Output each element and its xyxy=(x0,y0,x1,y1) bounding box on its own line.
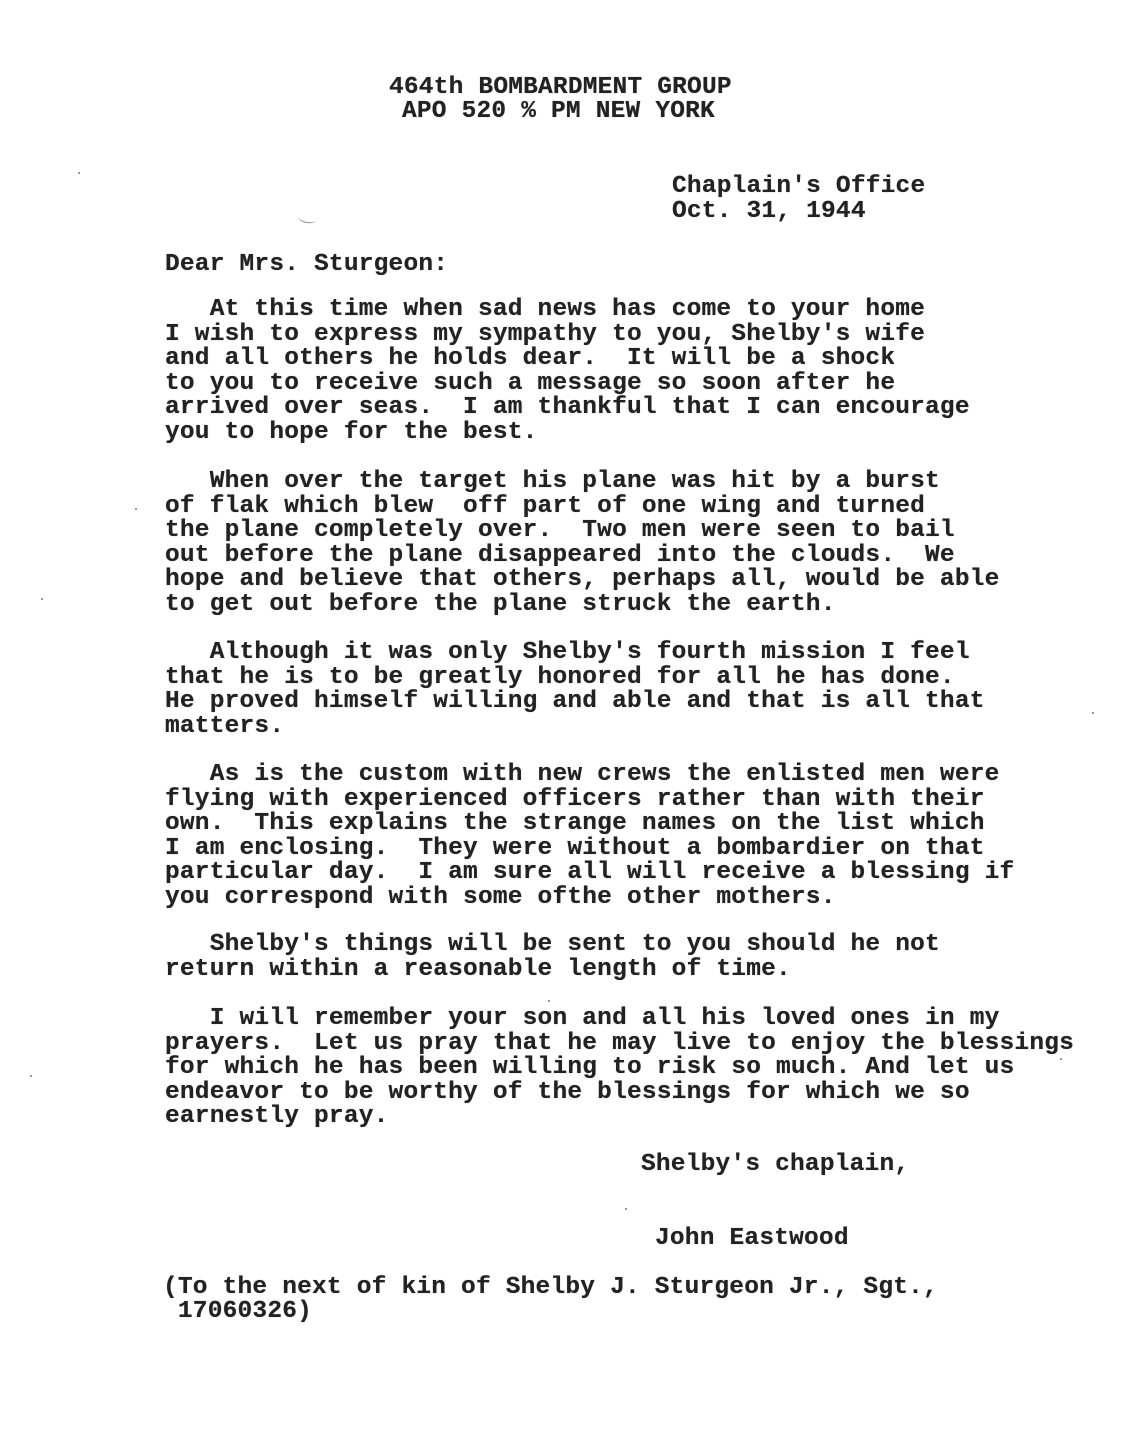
footnote-line-2: 17060326) xyxy=(163,1300,312,1324)
paragraph-line: for which he has been willing to risk so… xyxy=(165,1056,1014,1080)
letterhead-address: APO 520 % PM NEW YORK xyxy=(402,100,715,124)
paragraph-line: own. This explains the strange names on … xyxy=(165,812,985,836)
paragraph-line: earnestly pray. xyxy=(165,1105,389,1129)
paragraph-line: and all others he holds dear. It will be… xyxy=(165,347,895,371)
stray-mark xyxy=(297,212,316,225)
paragraph-line: I am enclosing. They were without a bomb… xyxy=(165,837,985,861)
signature: John Eastwood xyxy=(655,1227,849,1251)
paragraph-line: He proved himself willing and able and t… xyxy=(165,690,985,714)
paragraph-line: At this time when sad news has come to y… xyxy=(165,298,925,322)
paragraph-line: out before the plane disappeared into th… xyxy=(165,544,955,568)
paragraph-line: particular day. I am sure all will recei… xyxy=(165,861,1014,885)
paragraph-line: matters. xyxy=(165,715,284,739)
paragraph-line: Shelby's things will be sent to you shou… xyxy=(165,933,940,957)
paragraph-line: that he is to be greatly honored for all… xyxy=(165,666,955,690)
paragraph-line: you to hope for the best. xyxy=(165,421,538,445)
paper-speck xyxy=(41,598,43,600)
paper-speck xyxy=(78,172,80,174)
paper-speck xyxy=(135,508,137,510)
office-name: Chaplain's Office xyxy=(672,175,925,199)
paper-speck xyxy=(548,1000,550,1002)
paragraph-line: you correspond with some ofthe other mot… xyxy=(165,886,836,910)
salutation: Dear Mrs. Sturgeon: xyxy=(165,253,448,277)
paragraph-line: to you to receive such a message so soon… xyxy=(165,372,895,396)
paper-speck xyxy=(625,1208,627,1210)
paper-speck xyxy=(30,1075,32,1077)
paragraph-line: to get out before the plane struck the e… xyxy=(165,593,836,617)
paragraph-line: return within a reasonable length of tim… xyxy=(165,958,791,982)
paragraph-line: Although it was only Shelby's fourth mis… xyxy=(165,641,970,665)
letter-page: 464th BOMBARDMENT GROUP APO 520 % PM NEW… xyxy=(0,0,1123,1436)
paragraph-line: of flak which blew off part of one wing … xyxy=(165,495,925,519)
paragraph-line: I wish to express my sympathy to you, Sh… xyxy=(165,323,925,347)
letterhead-unit: 464th BOMBARDMENT GROUP xyxy=(389,76,732,100)
paragraph-line: the plane completely over. Two men were … xyxy=(165,519,955,543)
letter-date: Oct. 31, 1944 xyxy=(672,200,866,224)
paragraph-line: prayers. Let us pray that he may live to… xyxy=(165,1032,1074,1056)
paragraph-line: arrived over seas. I am thankful that I … xyxy=(165,396,970,420)
valediction: Shelby's chaplain, xyxy=(641,1153,909,1177)
paragraph-line: endeavor to be worthy of the blessings f… xyxy=(165,1081,970,1105)
paragraph-line: hope and believe that others, perhaps al… xyxy=(165,568,1000,592)
paragraph-line: I will remember your son and all his lov… xyxy=(165,1007,1000,1031)
footnote-line-1: (To the next of kin of Shelby J. Sturgeo… xyxy=(163,1276,938,1300)
paragraph-line: As is the custom with new crews the enli… xyxy=(165,763,1000,787)
paragraph-line: flying with experienced officers rather … xyxy=(165,788,985,812)
paragraph-line: When over the target his plane was hit b… xyxy=(165,470,940,494)
paper-speck xyxy=(1092,712,1094,714)
paper-speck xyxy=(1060,1058,1062,1060)
